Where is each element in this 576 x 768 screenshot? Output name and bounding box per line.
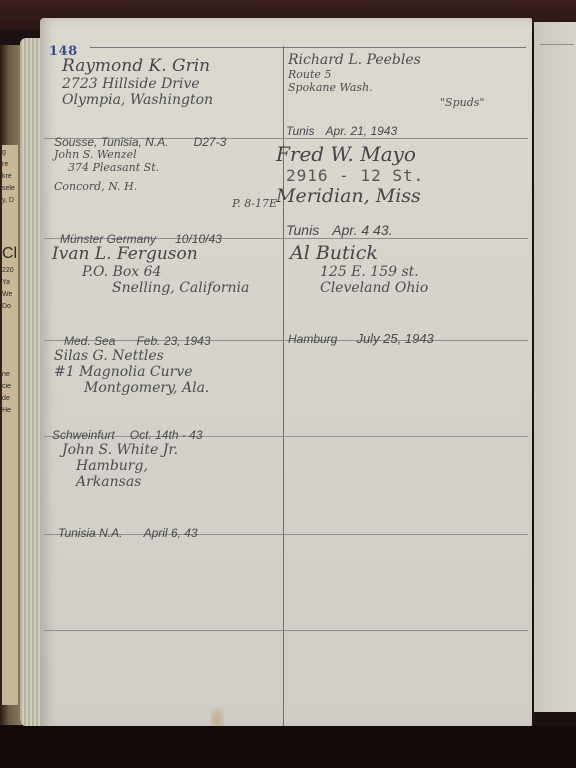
- entry-location: Tunisia N.A.: [58, 526, 122, 540]
- entry-address-line: #1 Magnolia Curve: [54, 364, 289, 380]
- entry-location: Hamburg: [288, 332, 337, 346]
- entry-date: Apr. 21, 1943: [326, 124, 398, 138]
- address-entry: Ivan L. Ferguson P.O. Box 64 Snelling, C…: [52, 244, 287, 296]
- entry-address-line: 374 Pleasant St.: [54, 161, 289, 174]
- entry-location: Med. Sea: [64, 334, 115, 348]
- entry-address-line: Route 5: [288, 68, 523, 81]
- entry-address-line: Montgomery, Ala.: [54, 380, 289, 396]
- entry-nickname: "Spuds": [440, 96, 484, 109]
- address-entry: Richard L. Peebles Route 5 Spokane Wash.: [288, 52, 523, 94]
- entry-location: Tunis: [286, 222, 319, 238]
- entry-location-row: Tunisia N.A. April 6, 43: [58, 522, 293, 541]
- backdrop-bottom: [0, 726, 576, 768]
- entry-date: April 6, 43: [144, 526, 198, 540]
- entry-location-row: Hamburg July 25, 1943: [288, 328, 523, 347]
- entry-location: Schweinfurt: [52, 428, 115, 442]
- entry-address-line: 125 E. 159 st.: [290, 264, 525, 280]
- entry-address-line: 2916 - 12 St.: [276, 166, 526, 185]
- entry-name: John S. Wenzel: [54, 148, 289, 161]
- entry-date: July 25, 1943: [356, 331, 433, 346]
- entry-location-row: Tunis Apr. 21, 1943: [286, 120, 521, 139]
- entry-address-line: 2723 Hillside Drive: [62, 76, 297, 92]
- entry-code: D27-3: [194, 135, 227, 149]
- entry-code: P. 8-17E: [54, 197, 289, 210]
- entry-location-row: Schweinfurt Oct. 14th - 43: [52, 424, 287, 443]
- newspaper-fragment: g re kre sele y, D Cl 220 Ya We Do ne ci…: [2, 145, 18, 705]
- entry-name: Silas G. Nettles: [54, 348, 289, 364]
- row-rule: [44, 630, 528, 631]
- entry-name: Al Butick: [290, 242, 525, 264]
- entry-name: Raymond K. Grin: [62, 56, 297, 76]
- entry-name: Fred W. Mayo: [276, 142, 526, 166]
- facing-page-edge: [534, 22, 576, 712]
- entry-address-line: P.O. Box 64: [52, 264, 287, 280]
- entry-location-row: Tunis Apr. 4 43.: [286, 220, 521, 239]
- address-entry: Al Butick 125 E. 159 st. Cleveland Ohio: [290, 242, 525, 296]
- address-entry: Fred W. Mayo 2916 - 12 St. Meridian, Mis…: [276, 142, 526, 207]
- entry-name: Richard L. Peebles: [288, 52, 523, 68]
- entry-location: Sousse, Tunisia, N.A.: [54, 135, 169, 149]
- entry-address-line: Concord, N. H.: [54, 180, 289, 193]
- entry-address-line: Hamburg,: [62, 458, 297, 474]
- entry-date: Feb. 23, 1943: [136, 334, 210, 348]
- entry-location-row: Med. Sea Feb. 23, 1943: [64, 330, 299, 349]
- entry-address-line: Snelling, California: [52, 280, 287, 296]
- entry-address-line: Meridian, Miss: [276, 185, 526, 207]
- entry-address-line: Olympia, Washington: [62, 92, 297, 108]
- ledger-page: 148 Raymond K. Grin 2723 Hillside Drive …: [40, 18, 532, 730]
- entry-date: Oct. 14th - 43: [130, 428, 203, 442]
- address-entry: Raymond K. Grin 2723 Hillside Drive Olym…: [62, 56, 297, 108]
- address-entry: John S. Wenzel 374 Pleasant St. Concord,…: [54, 148, 289, 210]
- address-entry: John S. White Jr. Hamburg, Arkansas: [62, 442, 297, 490]
- entry-location: Tunis: [286, 124, 314, 138]
- entry-name: Ivan L. Ferguson: [52, 244, 287, 264]
- entry-address-line: Arkansas: [62, 474, 297, 490]
- address-entry: Silas G. Nettles #1 Magnolia Curve Montg…: [54, 348, 289, 396]
- header-rule: [90, 47, 526, 48]
- entry-address-line: Spokane Wash.: [288, 81, 523, 94]
- entry-date: Apr. 4 43.: [332, 222, 392, 238]
- entry-name: John S. White Jr.: [62, 442, 297, 458]
- entry-address-line: Cleveland Ohio: [290, 280, 525, 296]
